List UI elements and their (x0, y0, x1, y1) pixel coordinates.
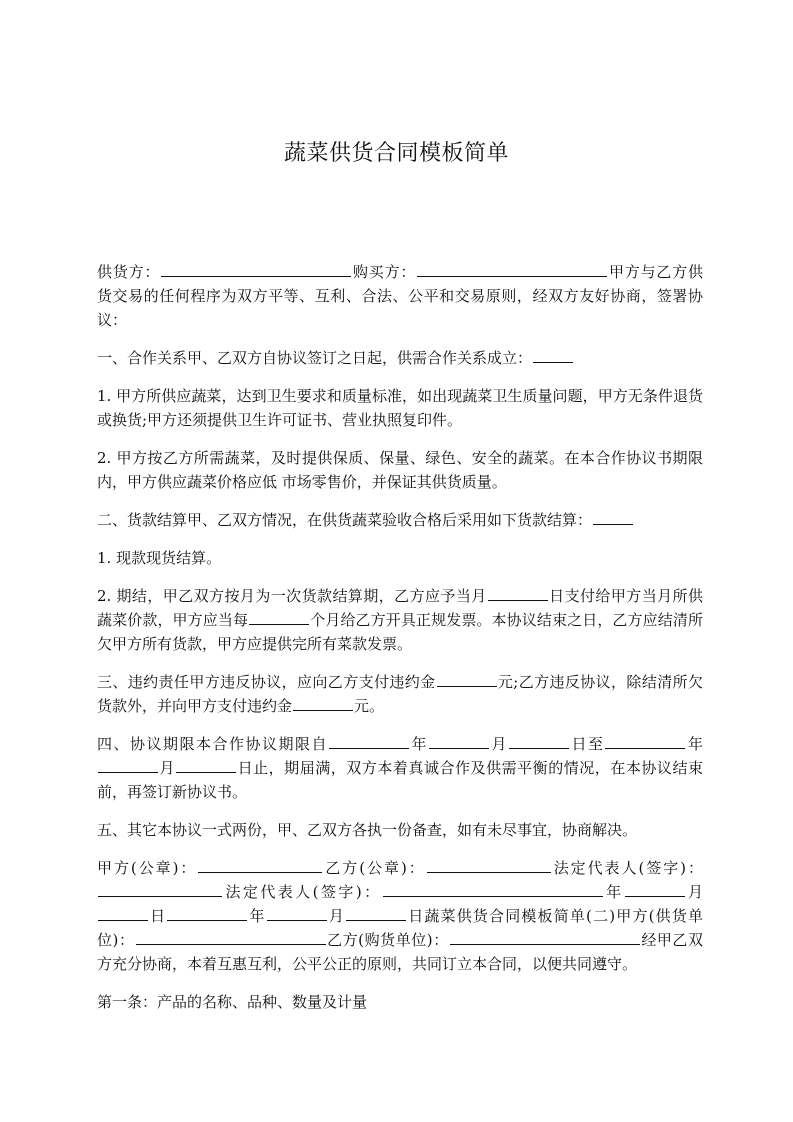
supplier-label: 供货方： (97, 263, 160, 281)
end-year-blank[interactable] (605, 732, 685, 749)
section1-blank[interactable] (533, 346, 573, 363)
article1-heading: 第一条：产品的名称、品种、数量及计量 (97, 990, 703, 1014)
legal-rep-a-blank[interactable] (98, 880, 222, 897)
month-label: 月 (686, 883, 703, 901)
party-b-seal-label: 乙方(公章)： (323, 859, 425, 877)
buyer-blank[interactable] (417, 260, 607, 277)
start-year-blank[interactable] (329, 732, 409, 749)
section2-heading: 二、货款结算甲、乙双方情况，在供货蔬菜验收合格后采用如下货款结算： (97, 508, 703, 532)
section2-heading-text: 二、货款结算甲、乙双方情况，在供货蔬菜验收合格后采用如下货款结算： (97, 511, 592, 529)
payment-day-blank[interactable] (488, 584, 548, 601)
sign-month-blank-a[interactable] (625, 880, 685, 897)
sign-day-blank-a[interactable] (98, 904, 148, 921)
supplier-unit-blank[interactable] (136, 928, 326, 945)
day-to-label: 日至 (570, 735, 605, 753)
sign-year-blank-b[interactable] (167, 904, 247, 921)
document-page: 蔬菜供货合同模板简单 供货方：购买方：甲方与乙方供货交易的任何程序为双方平等、互… (0, 0, 793, 1122)
intro-paragraph: 供货方：购买方：甲方与乙方供货交易的任何程序为双方平等、互利、合法、公平和交易原… (97, 260, 703, 332)
year-label: 年 (410, 735, 428, 753)
section5: 五、其它本协议一式两份，甲、乙双方各执一份备查，如有未尽事宜，协商解决。 (97, 818, 703, 842)
end-day-blank[interactable] (176, 756, 236, 773)
section1-heading-text: 一、合作关系甲、乙双方自协议签订之日起，供需合作关系成立： (97, 349, 532, 367)
month-label: 月 (490, 735, 508, 753)
year-label: 年 (248, 907, 265, 925)
buyer-unit-blank[interactable] (450, 928, 640, 945)
party-a-seal-label: 甲方(公章)： (97, 859, 197, 877)
month-label: 月 (159, 759, 175, 777)
section3-text-c: 元。 (354, 697, 384, 715)
end-month-blank[interactable] (98, 756, 158, 773)
section2-blank[interactable] (593, 508, 633, 525)
section1-heading: 一、合作关系甲、乙双方自协议签订之日起，供需合作关系成立： (97, 346, 703, 370)
section3: 三、违约责任甲方违反协议，应向乙方支付违约金元;乙方违反协议，除结清所欠货款外，… (97, 670, 703, 718)
section2-item2-text-a: 2. 期结，甲乙双方按月为一次货款结算期，乙方应予当月 (97, 587, 487, 605)
document-body: 供货方：购买方：甲方与乙方供货交易的任何程序为双方平等、互利、合法、公平和交易原… (97, 260, 703, 1028)
sign-day-blank-b[interactable] (346, 904, 406, 921)
supplier-blank[interactable] (161, 260, 351, 277)
penalty-a-blank[interactable] (437, 670, 497, 687)
start-day-blank[interactable] (509, 732, 569, 749)
start-month-blank[interactable] (429, 732, 489, 749)
invoice-months-blank[interactable] (249, 608, 309, 625)
buyer-label: 购买方： (352, 263, 416, 281)
year-label: 年 (686, 735, 703, 753)
section1-item1: 1. 甲方所供应蔬菜，达到卫生要求和质量标准，如出现蔬菜卫生质量问题，甲方无条件… (97, 384, 703, 432)
day-label: 日 (149, 907, 166, 925)
signature-block: 甲方(公章)：乙方(公章)：法定代表人(签字)：法定代表人(签字)：年月日年月日… (97, 856, 703, 976)
party-b-seal-blank[interactable] (427, 856, 551, 873)
legal-rep-b-label: 法定代表人(签字)： (223, 883, 382, 901)
section4: 四、协议期限本合作协议期限自年月日至年月日止，期届满，双方本着真诚合作及供需平衡… (97, 732, 703, 804)
section3-text-a: 三、违约责任甲方违反协议，应向乙方支付违约金 (97, 673, 436, 691)
month-label: 月 (328, 907, 345, 925)
penalty-b-blank[interactable] (293, 694, 353, 711)
document-title: 蔬菜供货合同模板简单 (0, 136, 793, 167)
legal-rep-b-blank[interactable] (383, 880, 603, 897)
section2-item1: 1. 现款现货结算。 (97, 546, 703, 570)
legal-rep-a-label: 法定代表人(签字)： (552, 859, 703, 877)
year-label: 年 (604, 883, 624, 901)
section2-item2: 2. 期结，甲乙双方按月为一次货款结算期，乙方应予当月日支付给甲方当月所供蔬菜价… (97, 584, 703, 656)
sign-month-blank-b[interactable] (267, 904, 327, 921)
section4-text-a: 四、协议期限本合作协议期限自 (97, 735, 328, 753)
party-a-seal-blank[interactable] (198, 856, 322, 873)
buyer-unit-label: 乙方(购货单位)： (327, 931, 449, 949)
section1-item2: 2. 甲方按乙方所需蔬菜，及时提供保质、保量、绿色、安全的蔬菜。在本合作协议书期… (97, 446, 703, 494)
